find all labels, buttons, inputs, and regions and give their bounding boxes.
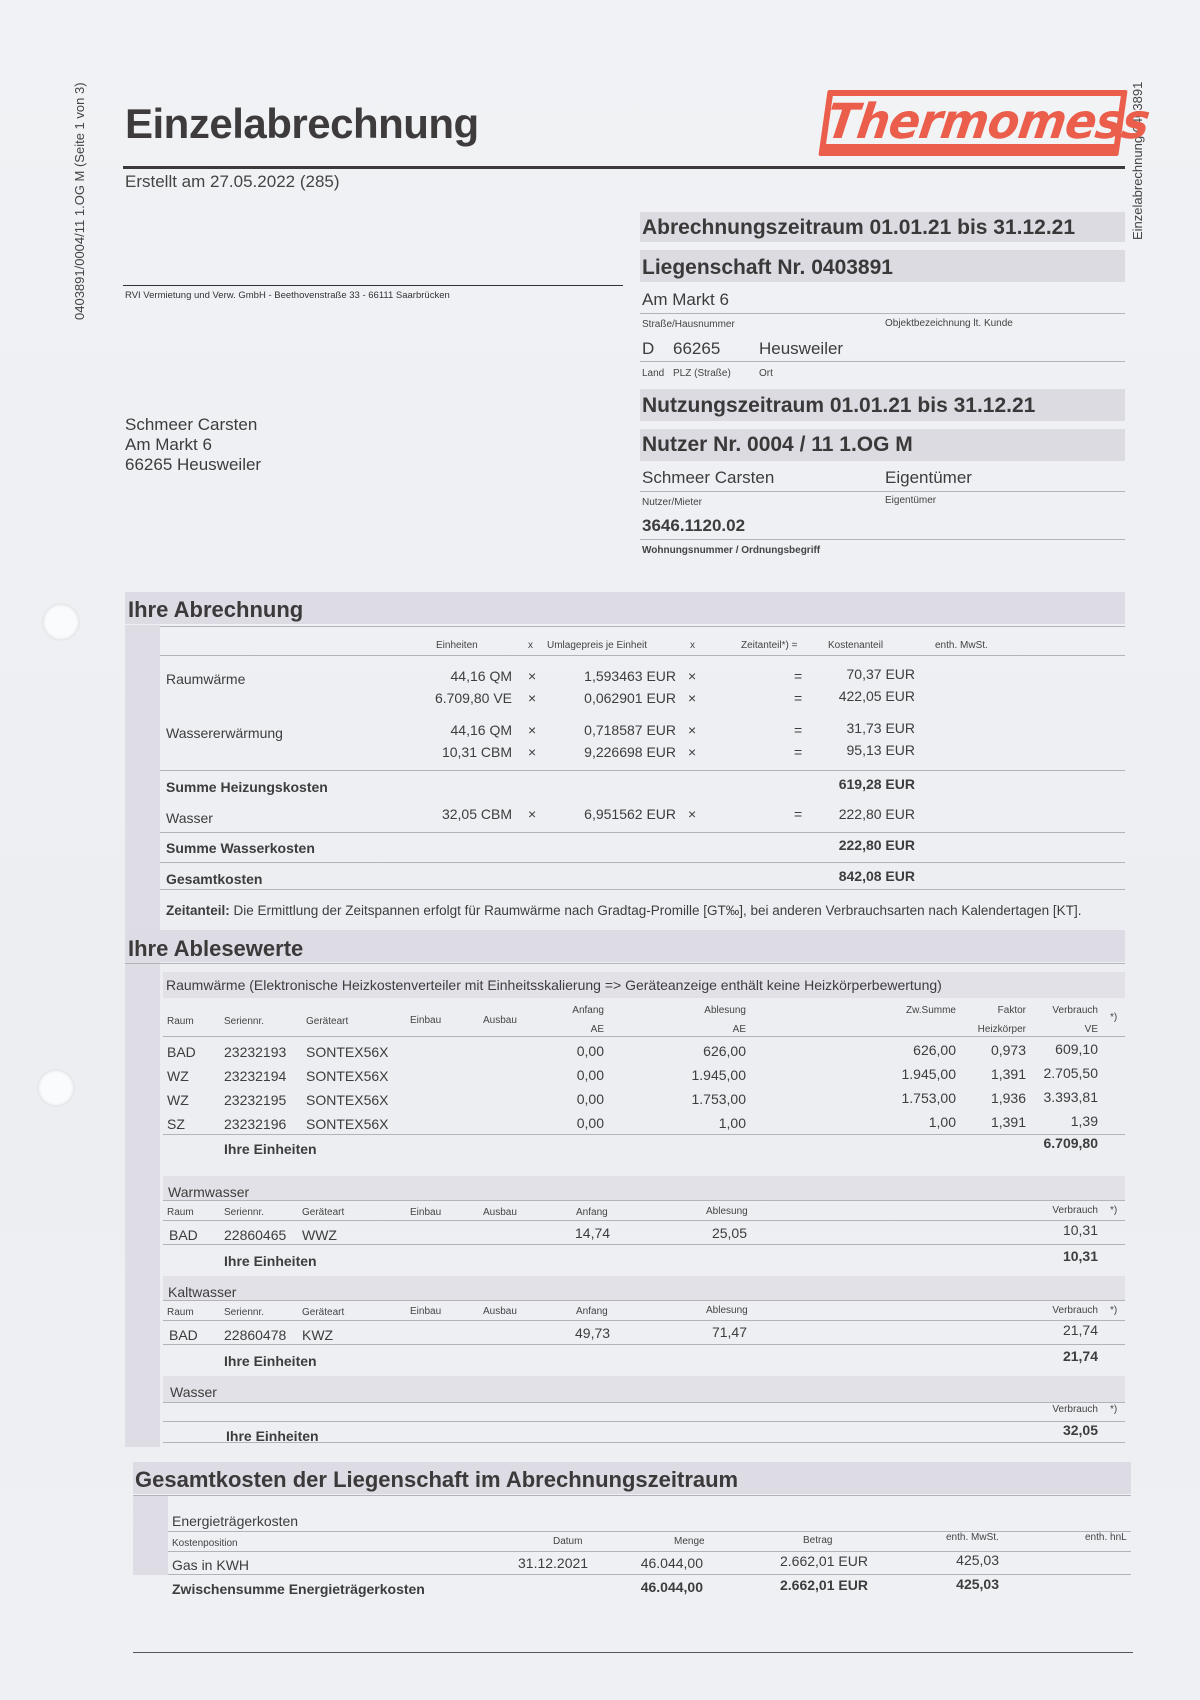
property-street: Am Markt 6 [642,290,729,310]
heat-col-consumption: Verbrauch [1030,1005,1098,1016]
heating-row-serial: 23232196 [224,1116,286,1132]
recipient-city: 66265 Heusweiler [125,455,261,475]
billing-period: Abrechnungszeitraum 01.01.21 bis 31.12.2… [642,216,1075,240]
heating-row-subtotal: 1.945,00 [870,1066,956,1082]
kw-units-total: 21,74 [1020,1348,1098,1364]
user-label: Nutzer/Mieter [642,497,702,508]
heating-row-reading: 1.945,00 [660,1067,746,1083]
zip-label: PLZ (Straße) [673,368,731,379]
billing-row-x1: × [528,690,536,706]
pc-col-quantity: Menge [674,1536,705,1547]
punch-hole [38,1070,74,1106]
sum-heating-amount: 619,28 EUR [800,776,915,792]
billing-row-units: 6.709,80 VE [400,690,512,706]
heating-row-serial: 23232194 [224,1068,286,1084]
cold-water-title: Kaltwasser [168,1284,236,1300]
ww-col-type: Geräteart [302,1207,344,1218]
billing-row-x2: × [688,744,696,760]
recipient-address: Schmeer Carsten Am Markt 6 66265 Heuswei… [125,415,261,475]
divider [160,770,1125,771]
pc-col-position: Kostenposition [172,1538,238,1549]
heating-units-total: 6.709,80 [1000,1135,1098,1151]
divider [160,832,1125,833]
kw-start: 49,73 [575,1325,610,1341]
heat-col-reading-unit: AE [680,1024,746,1035]
water-amount: 222,80 EUR [800,806,915,822]
kw-serial: 22860478 [224,1327,286,1343]
kw-col-footnote: *) [1110,1305,1117,1316]
divider [163,1300,1125,1301]
billing-row-price: 0,062901 EUR [560,690,676,706]
heating-row-type: SONTEX56X [306,1044,388,1060]
water-col-footnote: *) [1110,1404,1117,1415]
ww-col-reading: Ablesung [706,1206,748,1217]
heating-row-room: WZ [167,1092,189,1108]
logo-text: Thermomess [824,95,1123,148]
thermomess-logo: Thermomess [818,90,1127,156]
pc-col-amount: Betrag [803,1535,832,1546]
heating-row-subtotal: 626,00 [870,1042,956,1058]
heating-row-reading: 1,00 [660,1115,746,1131]
heating-row-room: SZ [167,1116,185,1132]
heating-row-reading: 1.753,00 [660,1091,746,1107]
created-date: Erstellt am 27.05.2022 (285) [125,172,340,192]
divider [163,1134,1125,1135]
water-units-total: 32,05 [1020,1422,1098,1438]
ww-room: BAD [169,1227,198,1243]
heating-row-consumption: 2.705,50 [1020,1065,1098,1081]
billing-row-amount: 31,73 EUR [800,720,915,736]
pc-col-date: Datum [553,1536,582,1547]
pc-subtotal-label: Zwischensumme Energieträgerkosten [172,1581,425,1597]
city-label: Ort [759,368,773,379]
pc-subtotal-vat: 425,03 [900,1576,999,1592]
kw-col-reading: Ablesung [706,1305,748,1316]
heating-row-consumption: 609,10 [1020,1041,1098,1057]
heating-row-factor: 1,391 [960,1114,1026,1130]
divider [163,1244,1125,1245]
time-share-note-text: Die Ermittlung der Zeitspannen erfolgt f… [230,903,1082,918]
kw-col-serial: Seriennr. [224,1307,264,1318]
cold-water-band [163,1276,1125,1300]
ww-consumption: 10,31 [1020,1222,1098,1238]
heating-units-label: Ihre Einheiten [224,1141,317,1157]
billing-row-x2: × [688,722,696,738]
time-share-note: Zeitanteil: Die Ermittlung der Zeitspann… [166,903,1081,918]
billing-row-label: Raumwärme [166,671,245,687]
ww-col-install: Einbau [410,1207,441,1218]
water-label: Wasser [166,810,213,826]
street-label: Straße/Hausnummer [642,319,735,330]
billing-row-amount: 95,13 EUR [800,742,915,758]
col-time: Zeitanteil*) = [741,640,797,651]
billing-row-price: 1,593463 EUR [560,668,676,684]
recipient-name: Schmeer Carsten [125,415,261,435]
billing-row-x1: × [528,744,536,760]
water-units: 32,05 CBM [400,806,512,822]
col-units: Einheiten [436,640,478,651]
left-margin-reference: 0403891/0004/11 1.OG M (Seite 1 von 3) [72,82,87,320]
ww-col-start: Anfang [576,1207,608,1218]
kw-room: BAD [169,1327,198,1343]
billing-row-price: 9,226698 EUR [560,744,676,760]
divider [640,313,1125,314]
heating-row-type: SONTEX56X [306,1116,388,1132]
property-costs-sidebar [133,1495,168,1575]
heating-row-factor: 1,391 [960,1066,1026,1082]
billing-row-units: 10,31 CBM [400,744,512,760]
punch-hole [43,604,79,640]
billing-row-x1: × [528,668,536,684]
sender-divider [123,285,623,286]
billing-section-sidebar [125,625,160,935]
pc-row-date: 31.12.2021 [518,1555,588,1571]
heat-col-subtotal: Zw.Summe [880,1005,956,1016]
heating-row-factor: 1,936 [960,1090,1026,1106]
user-number: Nutzer Nr. 0004 / 11 1.OG M [642,433,913,457]
heating-row-serial: 23232195 [224,1092,286,1108]
heating-row-type: SONTEX56X [306,1068,388,1084]
pc-subtotal-amount: 2.662,01 EUR [780,1577,868,1593]
object-label: Objektbezeichnung lt. Kunde [885,318,1013,329]
divider [160,655,1125,656]
country-label: Land [642,368,664,379]
divider [160,862,1125,863]
divider [163,1220,1125,1221]
heating-row-reading: 626,00 [660,1043,746,1059]
heat-col-type: Geräteart [306,1016,348,1027]
divider [163,1421,1125,1422]
heat-col-factor: Faktor [960,1005,1026,1016]
heating-row-start: 0,00 [540,1043,604,1059]
divider [640,361,1125,362]
heating-row-start: 0,00 [540,1067,604,1083]
sender-line: RVI Vermietung und Verw. GmbH - Beethove… [125,290,450,301]
water-x1: × [528,806,536,822]
divider [168,1574,1131,1575]
heating-row-start: 0,00 [540,1091,604,1107]
kw-consumption: 21,74 [1020,1322,1098,1338]
kw-col-install: Einbau [410,1306,441,1317]
water-readings-title: Wasser [170,1384,217,1400]
title-divider [123,166,1125,169]
divider [163,1200,1125,1201]
divider [160,626,1125,627]
total-label: Gesamtkosten [166,871,262,887]
ww-col-room: Raum [167,1207,194,1218]
water-band [163,1376,1125,1402]
apartment-number: 3646.1120.02 [642,516,745,536]
divider [640,539,1125,540]
heat-col-start-unit: AE [540,1024,604,1035]
divider [133,1495,1131,1496]
property-city: Heusweiler [759,339,843,359]
kw-reading: 71,47 [680,1324,747,1340]
ww-serial: 22860465 [224,1227,286,1243]
heat-col-install: Einbau [410,1015,441,1026]
property-costs-title: Gesamtkosten der Liegenschaft im Abrechn… [135,1467,738,1493]
pc-col-hnl: enth. hnL [1085,1532,1127,1543]
water-x2: × [688,806,696,822]
ww-col-consumption: Verbrauch [1030,1205,1098,1216]
heat-col-serial: Seriennr. [224,1016,264,1027]
property-country: D [642,339,654,359]
heat-col-remove: Ausbau [483,1015,517,1026]
ww-col-serial: Seriennr. [224,1207,264,1218]
kw-col-remove: Ausbau [483,1306,517,1317]
owner-label: Eigentümer [885,495,936,506]
heating-title: Raumwärme (Elektronische Heizkostenverte… [166,977,942,993]
warm-water-title: Warmwasser [168,1184,249,1200]
heating-row-type: SONTEX56X [306,1092,388,1108]
heat-col-factor2: Heizkörper [960,1024,1026,1035]
billing-row-amount: 70,37 EUR [800,666,915,682]
heating-row-room: BAD [167,1044,196,1060]
heat-col-room: Raum [167,1016,194,1027]
water-col-consumption: Verbrauch [1030,1404,1098,1415]
pc-subtotal-quantity: 46.044,00 [620,1579,703,1595]
ww-reading: 25,05 [680,1225,747,1241]
billing-row-price: 0,718587 EUR [560,722,676,738]
user-name: Schmeer Carsten [642,468,774,488]
ww-units-total: 10,31 [1020,1248,1098,1264]
kw-col-start: Anfang [576,1306,608,1317]
ww-units-label: Ihre Einheiten [224,1253,317,1269]
apartment-label: Wohnungsnummer / Ordnungsbegriff [642,545,820,556]
heat-col-footnote: *) [1110,1012,1117,1023]
owner-status: Eigentümer [885,468,972,488]
kw-col-type: Geräteart [302,1307,344,1318]
heating-row-factor: 0,973 [960,1042,1026,1058]
kw-units-label: Ihre Einheiten [224,1353,317,1369]
usage-period: Nutzungszeitraum 01.01.21 bis 31.12.21 [642,394,1035,418]
document-title: Einzelabrechnung [125,100,479,148]
warm-water-band [163,1176,1125,1200]
document-page: 0403891/0004/11 1.OG M (Seite 1 von 3) E… [0,0,1200,1700]
divider [163,1442,1125,1443]
pc-row-amount: 2.662,01 EUR [780,1553,868,1569]
col-vat: enth. MwSt. [935,640,988,651]
ww-col-footnote: *) [1110,1205,1117,1216]
total-amount: 842,08 EUR [800,868,915,884]
sum-water-label: Summe Wasserkosten [166,840,315,856]
readings-section-title: Ihre Ablesewerte [128,936,303,962]
ww-type: WWZ [302,1227,337,1243]
divider [125,963,1125,964]
heat-col-reading: Ablesung [680,1005,746,1016]
billing-row-units: 44,16 QM [400,668,512,684]
heating-row-consumption: 1,39 [1020,1113,1098,1129]
pc-col-vat: enth. MwSt. [946,1532,999,1543]
divider [163,1402,1125,1403]
heating-row-start: 0,00 [540,1115,604,1131]
divider [163,1344,1125,1345]
ww-col-remove: Ausbau [483,1207,517,1218]
col-x1: x [528,640,533,651]
property-zip: 66265 [673,339,720,359]
energy-costs-subtitle: Energieträgerkosten [172,1513,298,1529]
billing-row-x1: × [528,722,536,738]
heating-row-room: WZ [167,1068,189,1084]
billing-section-title: Ihre Abrechnung [128,597,303,623]
heating-row-subtotal: 1,00 [870,1114,956,1130]
divider [163,1036,1125,1037]
billing-row-x2: × [688,690,696,706]
kw-col-consumption: Verbrauch [1030,1305,1098,1316]
kw-col-room: Raum [167,1307,194,1318]
sum-water-amount: 222,80 EUR [800,837,915,853]
billing-row-x2: × [688,668,696,684]
col-share: Kostenanteil [828,640,883,651]
footer-divider [133,1652,1133,1653]
billing-row-amount: 422,05 EUR [800,688,915,704]
divider [163,1320,1125,1321]
kw-type: KWZ [302,1327,333,1343]
pc-row-position: Gas in KWH [172,1557,249,1573]
property-number: Liegenschaft Nr. 0403891 [642,256,893,280]
col-price: Umlagepreis je Einheit [547,640,647,651]
divider [160,889,1125,890]
heating-row-subtotal: 1.753,00 [870,1090,956,1106]
readings-section-sidebar [125,962,160,1447]
ww-start: 14,74 [575,1225,610,1241]
water-price: 6,951562 EUR [560,806,676,822]
divider [640,491,1125,492]
heat-col-consumption-unit: VE [1030,1024,1098,1035]
pc-row-quantity: 46.044,00 [620,1555,703,1571]
time-share-note-label: Zeitanteil: [166,903,230,918]
heating-row-serial: 23232193 [224,1044,286,1060]
sum-heating-label: Summe Heizungskosten [166,779,328,795]
recipient-street: Am Markt 6 [125,435,261,455]
pc-row-vat: 425,03 [900,1552,999,1568]
billing-row-label: Wassererwärmung [166,725,283,741]
col-x2: x [690,640,695,651]
heat-col-start: Anfang [540,1005,604,1016]
billing-row-units: 44,16 QM [400,722,512,738]
heating-row-consumption: 3.393,81 [1020,1089,1098,1105]
